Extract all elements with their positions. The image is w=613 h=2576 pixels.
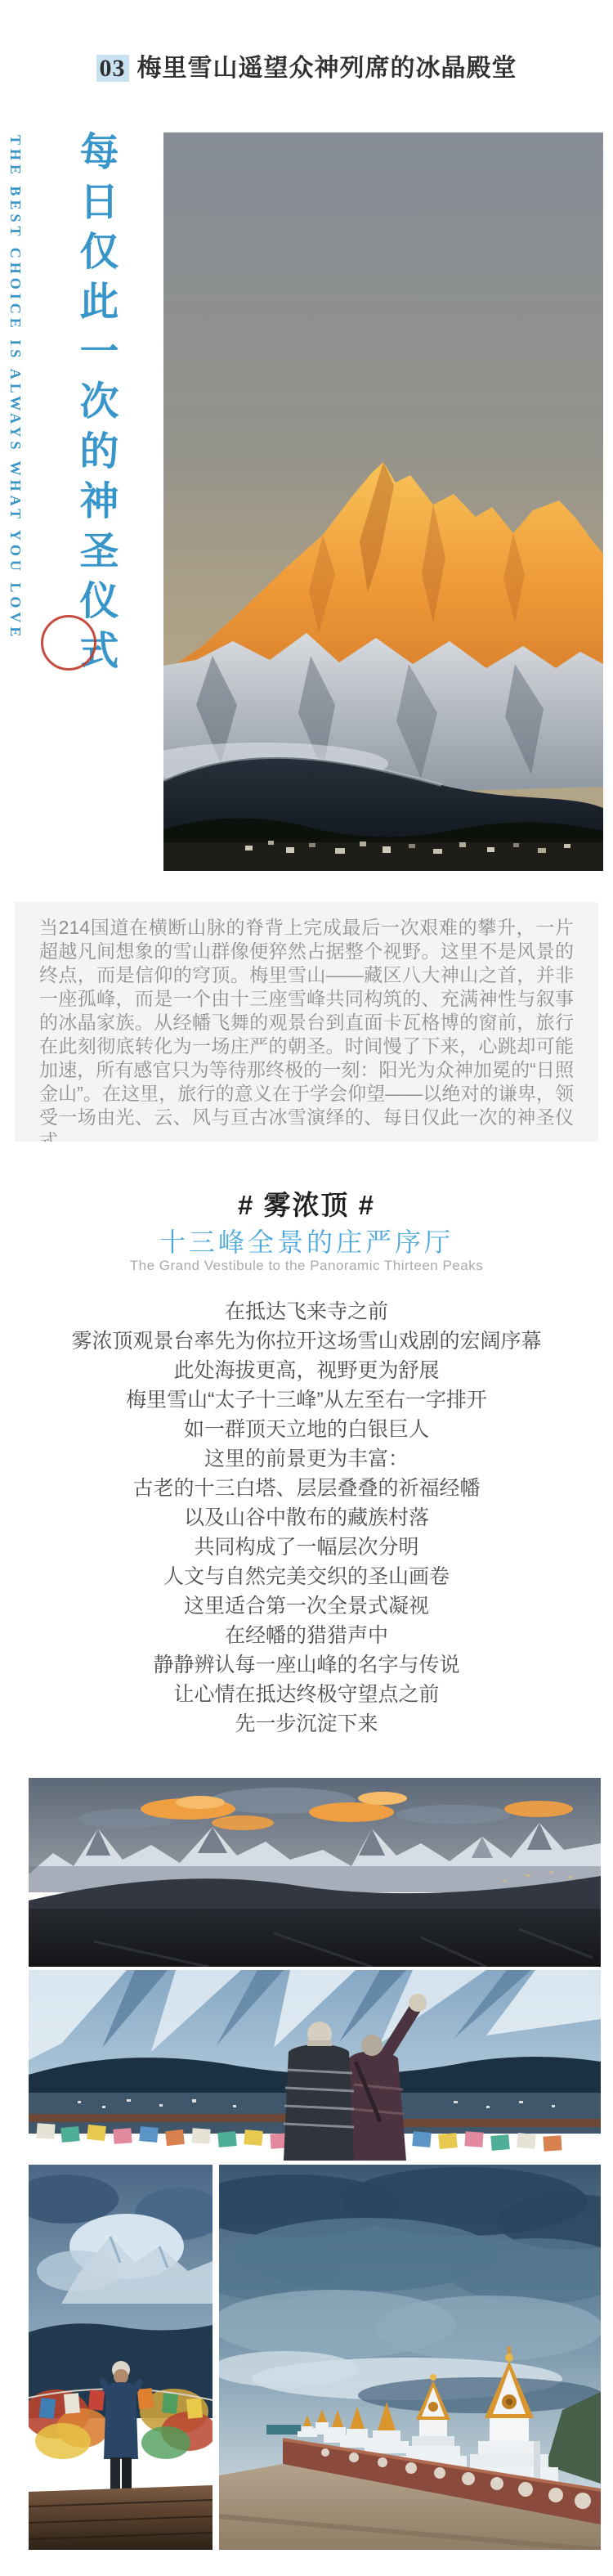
- intro-paragraph: 当214国道在横断山脉的脊背上完成最后一次艰难的攀升，一片超越凡间想象的雪山群像…: [39, 916, 574, 1142]
- section-subtitle-cn: 十三峰全景的庄严序厅: [0, 1222, 613, 1259]
- body-line: 这里适合第一次全景式凝视: [0, 1591, 613, 1621]
- photo-couple-viewpoint: [29, 1970, 601, 2161]
- body-line: 雾浓顶观景台率先为你拉开这场雪山戏剧的宏阔序幕: [0, 1326, 613, 1356]
- section-body: 在抵达飞来寺之前 雾浓顶观景台率先为你拉开这场雪山戏剧的宏阔序幕 此处海拔更高，…: [0, 1297, 613, 1739]
- body-line: 在抵达飞来寺之前: [0, 1297, 613, 1326]
- photo-photographer-flags: [29, 2165, 213, 2550]
- body-line: 如一群顶天立地的白银巨人: [0, 1415, 613, 1444]
- body-line: 古老的十三白塔、层层叠叠的祈福经幡: [0, 1474, 613, 1503]
- body-line: 让心情在抵达终极守望点之前: [0, 1680, 613, 1709]
- body-line: 人文与自然完美交织的圣山画卷: [0, 1562, 613, 1591]
- section-subtitle-en: The Grand Vestibule to the Panoramic Thi…: [0, 1258, 613, 1274]
- body-line: 静静辨认每一座山峰的名字与传说: [0, 1650, 613, 1680]
- body-line: 梅里雪山“太子十三峰”从左至右一字排开: [0, 1385, 613, 1415]
- intro-panel: 当214国道在横断山脉的脊背上完成最后一次艰难的攀升，一片超越凡间想象的雪山群像…: [15, 902, 598, 1142]
- photo-white-stupas: [219, 2165, 601, 2550]
- body-line: 以及山谷中散布的藏族村落: [0, 1503, 613, 1533]
- body-line: 这里的前景更为丰富：: [0, 1444, 613, 1474]
- vertical-caption-english: THE BEST CHOICE IS ALWAYS WHAT YOU LOVE: [7, 135, 24, 838]
- body-line: 共同构成了一幅层次分明: [0, 1533, 613, 1562]
- page-title-text: 梅里雪山遥望众神列席的冰晶殿堂: [137, 55, 517, 82]
- chapter-number-badge: 03: [96, 55, 129, 82]
- body-line: 先一步沉淀下来: [0, 1709, 613, 1739]
- red-circle-mark: [41, 615, 96, 671]
- body-line: 在经幡的猎猎声中: [0, 1621, 613, 1650]
- body-line: 此处海拔更高，视野更为舒展: [0, 1356, 613, 1385]
- hero-photo-golden-peak: [163, 132, 603, 871]
- article-page: 03梅里雪山遥望众神列席的冰晶殿堂 THE BEST CHOICE IS ALW…: [0, 0, 613, 2576]
- photo-panorama-peaks: [29, 1778, 601, 1967]
- page-title: 03梅里雪山遥望众神列席的冰晶殿堂: [0, 51, 613, 87]
- section-hashtag-title: # 雾浓顶 #: [0, 1184, 613, 1223]
